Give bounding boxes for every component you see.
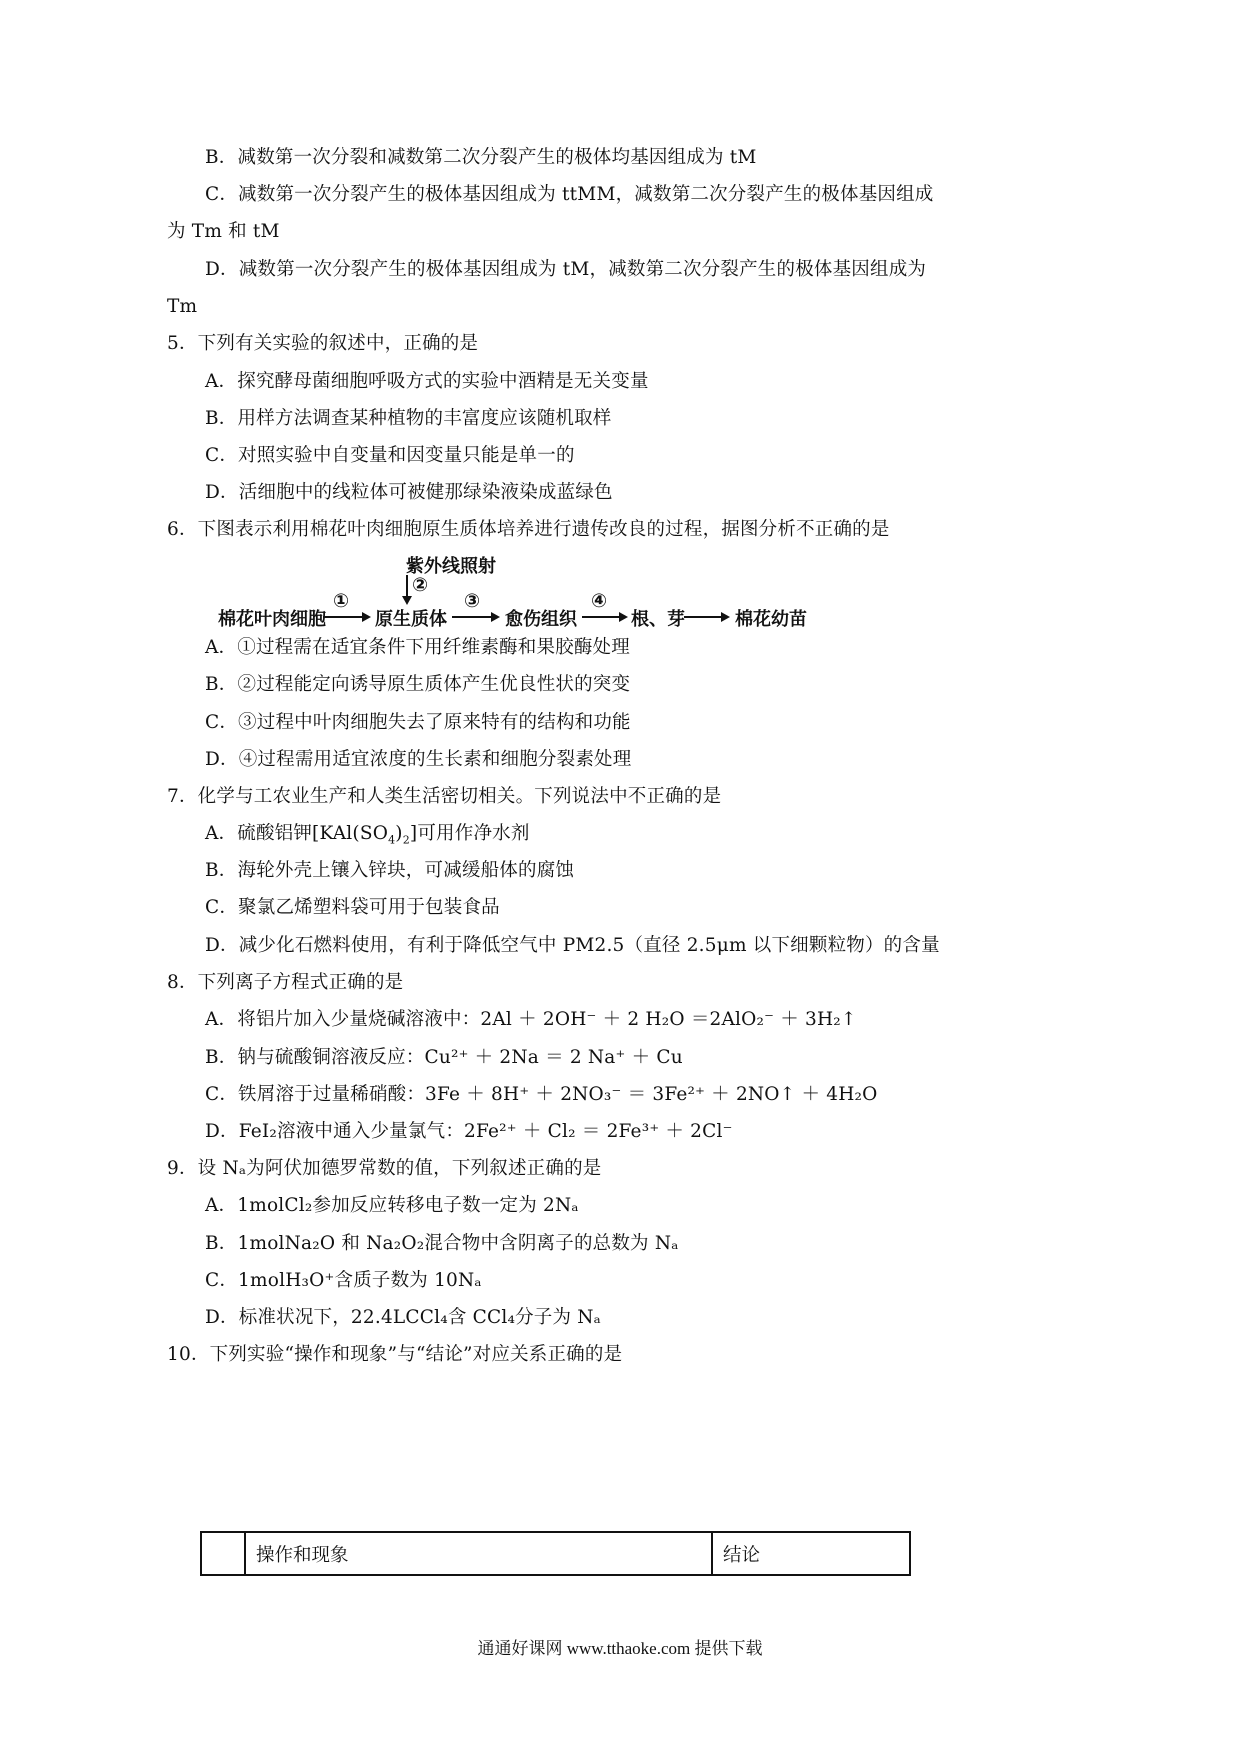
q7-a-text: A．硫酸铝钾[KAl(SO	[205, 823, 388, 844]
node-protoplast: 原生质体	[375, 605, 447, 631]
q4-option-b: B．减数第一次分裂和减数第二次分裂产生的极体均基因组成为 tM	[205, 146, 757, 170]
q9-option-c: C．1molH₃O⁺含质子数为 10Nₐ	[205, 1269, 482, 1293]
q7-option-d: D．减少化石燃料使用，有利于降低空气中 PM2.5（直径 2.5μm 以下细颗粒…	[205, 934, 940, 958]
step-1-label: ①	[333, 590, 349, 612]
q5-option-d: D．活细胞中的线粒体可被健那绿染液染成蓝绿色	[205, 481, 613, 505]
q4-option-c-line1: C．减数第一次分裂产生的极体基因组成为 ttMM，减数第二次分裂产生的极体基因组…	[205, 183, 934, 207]
subscript: 2	[403, 834, 410, 847]
arrow-down-icon	[406, 575, 408, 603]
q8-option-d: D．FeI₂溶液中通入少量氯气：2Fe²⁺ ＋ Cl₂ ＝ 2Fe³⁺ ＋ 2C…	[205, 1120, 733, 1144]
q9-option-b: B．1molNa₂O 和 Na₂O₂混合物中含阴离子的总数为 Nₐ	[205, 1232, 679, 1256]
q4-option-d-line2: Tm	[167, 295, 197, 319]
q5-option-a: A．探究酵母菌细胞呼吸方式的实验中酒精是无关变量	[205, 370, 649, 394]
node-root-bud: 根、芽	[631, 605, 685, 631]
step-2-label: ②	[412, 574, 428, 596]
q8-option-a: A．将铝片加入少量烧碱溶液中：2Al ＋ 2OH⁻ ＋ 2 H₂O ＝2AlO₂…	[205, 1008, 857, 1032]
arrow-right-icon	[582, 616, 626, 618]
q9-option-a: A．1molCl₂参加反应转移电子数一定为 2Nₐ	[205, 1194, 579, 1218]
q9-option-d: D．标准状况下，22.4LCCl₄含 CCl₄分子为 Nₐ	[205, 1306, 601, 1330]
q7-a-text: )	[395, 823, 402, 844]
q10-stem: 10．下列实验“操作和现象”与“结论”对应关系正确的是	[167, 1343, 622, 1367]
page-footer: 通通好课网 www.tthaoke.com 提供下载	[0, 1634, 1240, 1659]
q5-stem: 5．下列有关实验的叙述中，正确的是	[167, 332, 478, 356]
q4-option-c-line2: 为 Tm 和 tM	[167, 220, 280, 244]
q4-option-d-line1: D．减数第一次分裂产生的极体基因组成为 tM，减数第二次分裂产生的极体基因组成为	[205, 258, 926, 282]
step-3-label: ③	[464, 590, 480, 612]
arrow-right-icon	[684, 616, 728, 618]
q7-a-text: ]可用作净水剂	[410, 823, 530, 844]
arrow-right-icon	[323, 616, 369, 618]
table-header-row: 操作和现象 结论	[201, 1532, 910, 1575]
q8-option-b: B．钠与硫酸铜溶液反应：Cu²⁺ ＋ 2Na ＝ 2 Na⁺ ＋ Cu	[205, 1046, 683, 1070]
q7-stem: 7．化学与工农业生产和人类生活密切相关。下列说法中不正确的是	[167, 785, 721, 809]
q6-option-c: C．③过程中叶肉细胞失去了原来特有的结构和功能	[205, 711, 631, 735]
node-seedling: 棉花幼苗	[735, 605, 807, 631]
arrow-right-icon	[452, 616, 498, 618]
q5-option-b: B．用样方法调查某种植物的丰富度应该随机取样	[205, 407, 612, 431]
q7-option-c: C．聚氯乙烯塑料袋可用于包装食品	[205, 896, 500, 920]
q5-option-c: C．对照实验中自变量和因变量只能是单一的	[205, 444, 575, 468]
q7-option-a: A．硫酸铝钾[KAl(SO4)2]可用作净水剂	[205, 822, 530, 846]
step-4-label: ④	[591, 590, 607, 612]
table-header-conclusion: 结论	[712, 1532, 910, 1575]
q8-stem: 8．下列离子方程式正确的是	[167, 971, 403, 995]
q6-stem: 6．下图表示利用棉花叶肉细胞原生质体培养进行遗传改良的过程，据图分析不正确的是	[167, 518, 890, 542]
q6-flow-diagram: 紫外线照射 ② 棉花叶肉细胞 ① 原生质体 ③ 愈伤组织 ④ 根、芽 棉花幼苗	[0, 0, 1240, 720]
q7-option-b: B．海轮外壳上镶入锌块，可减缓船体的腐蚀	[205, 859, 574, 883]
q6-option-a: A．①过程需在适宜条件下用纤维素酶和果胶酶处理	[205, 636, 630, 660]
node-callus: 愈伤组织	[505, 605, 577, 631]
node-mesophyll-cell: 棉花叶肉细胞	[218, 605, 326, 631]
q6-option-d: D．④过程需用适宜浓度的生长素和细胞分裂素处理	[205, 748, 631, 772]
q6-option-b: B．②过程能定向诱导原生质体产生优良性状的突变	[205, 673, 630, 697]
table-header-index	[201, 1532, 245, 1575]
table-header-operation: 操作和现象	[245, 1532, 712, 1575]
diagram-uv-label: 紫外线照射	[406, 552, 496, 578]
q9-stem: 9．设 Nₐ为阿伏加德罗常数的值，下列叙述正确的是	[167, 1157, 601, 1181]
q10-table: 操作和现象 结论	[200, 1531, 911, 1576]
q8-option-c: C．铁屑溶于过量稀硝酸：3Fe ＋ 8H⁺ ＋ 2NO₃⁻ ＝ 3Fe²⁺ ＋ …	[205, 1083, 878, 1107]
